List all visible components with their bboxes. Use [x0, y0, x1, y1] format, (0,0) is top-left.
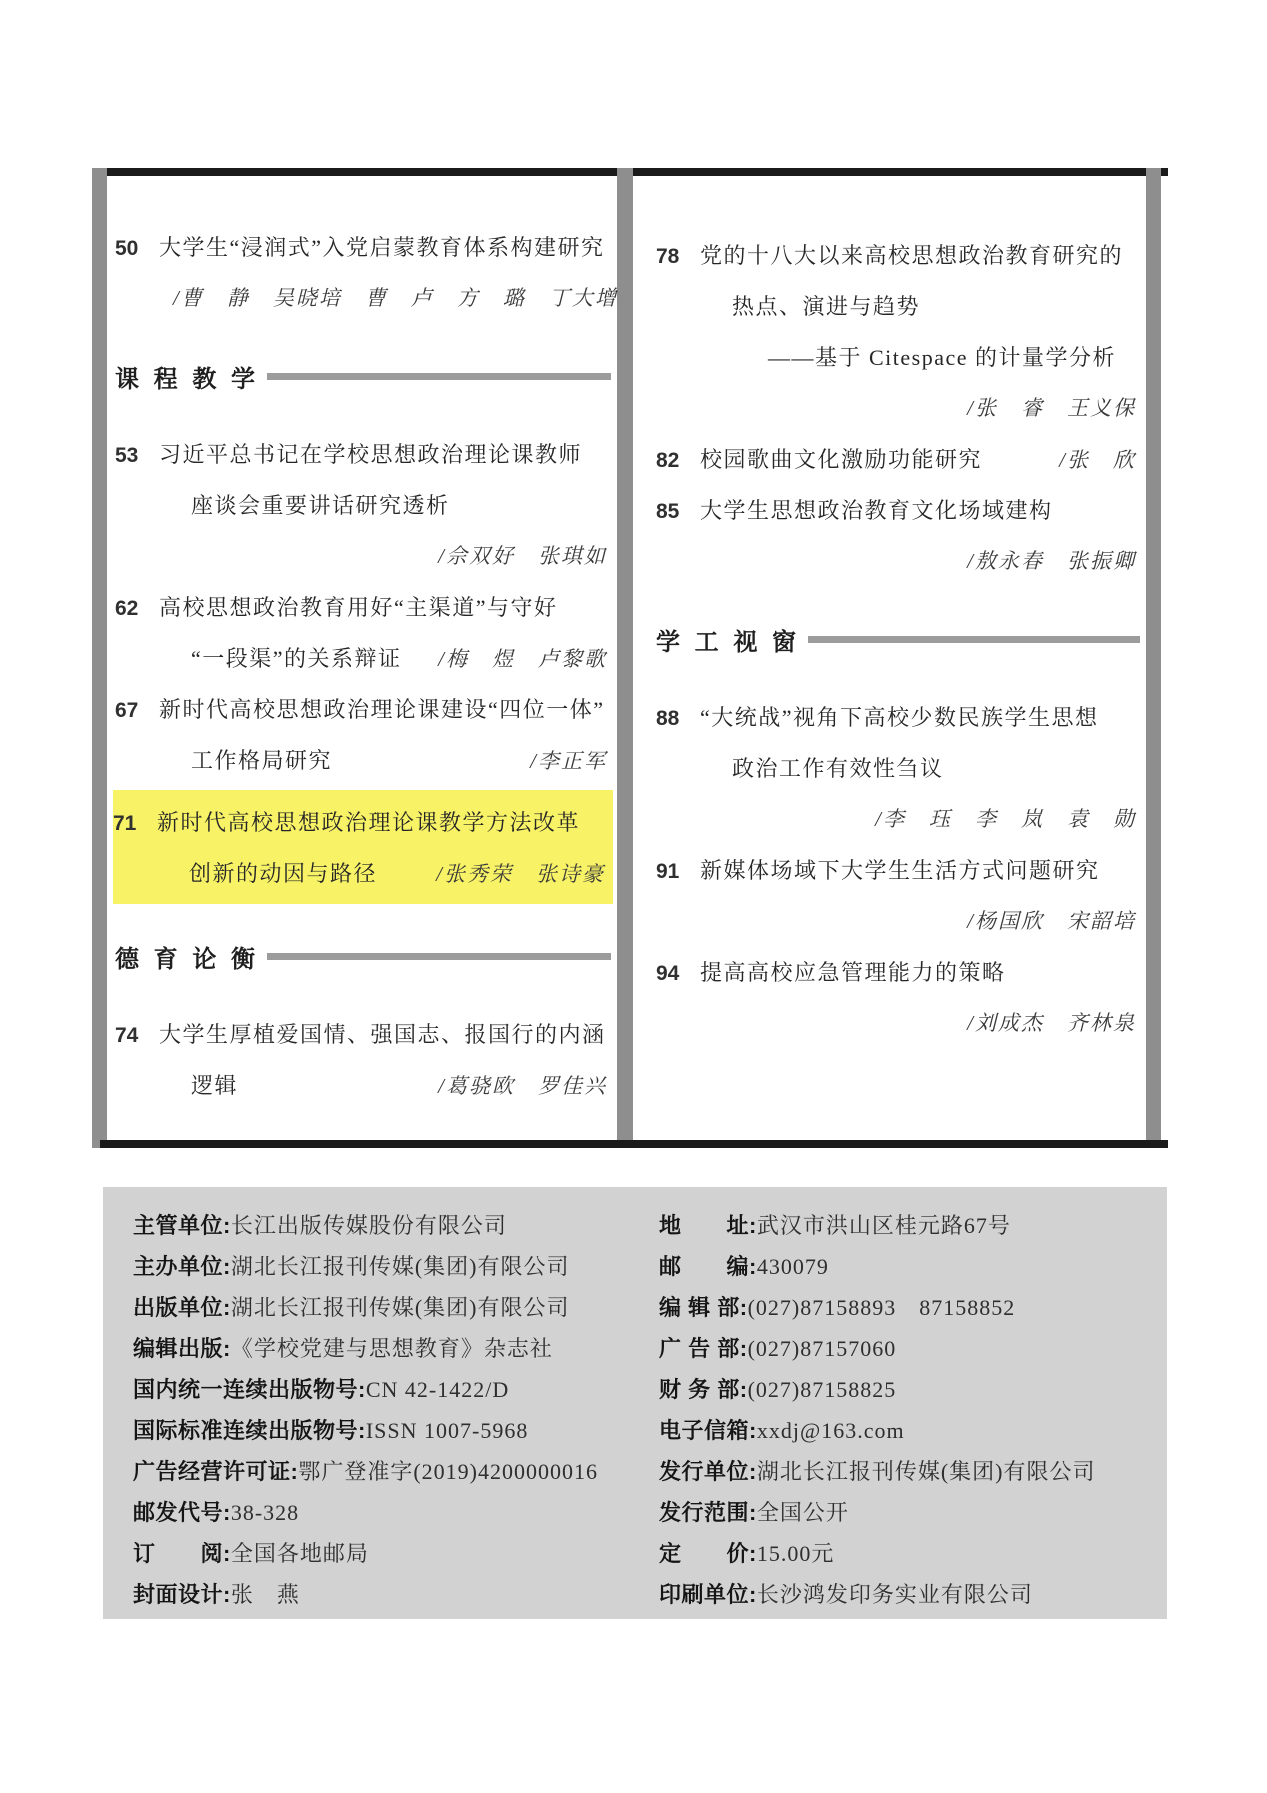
- info-label: 印刷单位:: [659, 1582, 757, 1607]
- info-value: CN 42-1422/D: [366, 1377, 509, 1402]
- info-value: 全国各地邮局: [231, 1541, 369, 1566]
- toc-line: 78党的十八大以来高校思想政治教育研究的: [656, 230, 1142, 281]
- toc-line: 工作格局研究/李正军: [115, 735, 613, 786]
- info-row: 邮发代号:38-328: [133, 1492, 643, 1533]
- article-title: 座谈会重要讲话研究透析: [115, 480, 450, 531]
- right-divider-bar: [1146, 168, 1161, 1148]
- article-authors: /葛骁欧 罗佳兴: [438, 1061, 613, 1112]
- article-title: 校园歌曲文化激励功能研究: [700, 434, 982, 485]
- toc-line: ——基于 Citespace 的计量学分析: [656, 332, 1142, 383]
- article-title: 新媒体场域下大学生生活方式问题研究: [700, 845, 1100, 896]
- info-value: 全国公开: [757, 1500, 849, 1525]
- section-header: 课 程 教 学: [115, 351, 613, 402]
- info-label: 邮 编:: [659, 1254, 757, 1279]
- info-label: 财 务 部:: [659, 1377, 748, 1402]
- info-value: xxdj@163.com: [757, 1418, 905, 1443]
- toc-top-rule: [100, 168, 1168, 176]
- article-title: 新时代高校思想政治理论课建设“四位一体”: [159, 684, 605, 735]
- info-label: 发行范围:: [659, 1500, 757, 1525]
- page-number: 85: [656, 486, 700, 537]
- info-value: 15.00元: [757, 1541, 835, 1566]
- article-title: 创新的动因与路径: [113, 848, 377, 899]
- toc-line: /李 珏 李 岚 袁 勋: [656, 794, 1142, 845]
- article-authors: /杨国欣 宋韶培: [967, 896, 1136, 947]
- section-title: 德 育 论 衡: [115, 939, 259, 974]
- info-label: 出版单位:: [133, 1295, 231, 1320]
- toc-entry-94: 94提高高校应急管理能力的策略/刘成杰 齐林泉: [656, 947, 1142, 1049]
- toc-entry-88: 88“大统战”视角下高校少数民族学生思想政治工作有效性刍议/李 珏 李 岚 袁 …: [656, 692, 1142, 845]
- toc-line: 74大学生厚植爱国情、强国志、报国行的内涵: [115, 1009, 613, 1060]
- toc-entry-71: 71新时代高校思想政治理论课教学方法改革创新的动因与路径/张秀荣 张诗豪: [113, 790, 613, 904]
- info-row: 广告经营许可证:鄂广登准字(2019)4200000016: [133, 1451, 643, 1492]
- info-label: 国内统一连续出版物号:: [133, 1377, 366, 1402]
- info-label: 地 址:: [659, 1213, 757, 1238]
- info-row: 发行范围:全国公开: [659, 1492, 1164, 1533]
- article-title: 热点、演进与趋势: [656, 281, 920, 332]
- info-row: 主管单位:长江出版传媒股份有限公司: [133, 1205, 643, 1246]
- info-label: 编辑出版:: [133, 1336, 231, 1361]
- info-value: (027)87158893 87158852: [748, 1295, 1016, 1320]
- article-title: “大统战”视角下高校少数民族学生思想: [700, 692, 1099, 743]
- page-number: 82: [656, 435, 700, 486]
- info-value: 38-328: [231, 1500, 299, 1525]
- page-number: 71: [113, 798, 157, 849]
- info-value: 湖北长江报刊传媒(集团)有限公司: [231, 1254, 570, 1279]
- toc-line: /刘成杰 齐林泉: [656, 998, 1142, 1049]
- info-row: 编辑出版:《学校党建与思想教育》杂志社: [133, 1328, 643, 1369]
- info-value: 湖北长江报刊传媒(集团)有限公司: [231, 1295, 570, 1320]
- info-row: 国际标准连续出版物号:ISSN 1007-5968: [133, 1410, 643, 1451]
- article-authors: /李正军: [530, 736, 613, 787]
- page-number: 74: [115, 1010, 159, 1061]
- info-label: 广告经营许可证:: [133, 1459, 298, 1484]
- info-row: 邮 编:430079: [659, 1246, 1164, 1287]
- page-number: 91: [656, 846, 700, 897]
- info-label: 编 辑 部:: [659, 1295, 748, 1320]
- toc-line: /张 睿 王义保: [656, 383, 1142, 434]
- info-row: 印刷单位:长沙鸿发印务实业有限公司: [659, 1574, 1164, 1615]
- article-title: 高校思想政治教育用好“主渠道”与守好: [159, 582, 558, 633]
- page-number: 78: [656, 231, 700, 282]
- toc-entry-67: 67新时代高校思想政治理论课建设“四位一体”工作格局研究/李正军: [115, 684, 613, 786]
- info-label: 封面设计:: [133, 1582, 231, 1607]
- toc-line: /佘双好 张琪如: [115, 531, 613, 582]
- toc-line: 88“大统战”视角下高校少数民族学生思想: [656, 692, 1142, 743]
- magazine-toc-page: 50大学生“浸润式”入党启蒙教育体系构建研究/曹 静 吴晓培 曹 卢 方 璐 丁…: [0, 0, 1267, 1793]
- info-row: 财 务 部:(027)87158825: [659, 1369, 1164, 1410]
- infobox-column-right: 地 址:武汉市洪山区桂元路67号邮 编:430079编 辑 部:(027)871…: [659, 1205, 1164, 1615]
- toc-line: /杨国欣 宋韶培: [656, 896, 1142, 947]
- toc-line: 53习近平总书记在学校思想政治理论课教师: [115, 429, 613, 480]
- article-title: 逻辑: [115, 1060, 238, 1111]
- toc-line: 62高校思想政治教育用好“主渠道”与守好: [115, 582, 613, 633]
- toc-line: 94提高高校应急管理能力的策略: [656, 947, 1142, 998]
- section-rule: [267, 953, 611, 960]
- page-number: 53: [115, 430, 159, 481]
- info-value: 长江出版传媒股份有限公司: [231, 1213, 507, 1238]
- info-row: 封面设计:张 燕: [133, 1574, 643, 1615]
- info-value: 430079: [757, 1254, 829, 1279]
- toc-line: /敖永春 张振卿: [656, 536, 1142, 587]
- article-title: 工作格局研究: [115, 735, 332, 786]
- toc-line: 85大学生思想政治教育文化场域建构: [656, 485, 1142, 536]
- info-row: 广 告 部:(027)87157060: [659, 1328, 1164, 1369]
- toc-line: 创新的动因与路径/张秀荣 张诗豪: [113, 848, 611, 899]
- toc-line: 逻辑/葛骁欧 罗佳兴: [115, 1060, 613, 1111]
- toc-entry-91: 91新媒体场域下大学生生活方式问题研究/杨国欣 宋韶培: [656, 845, 1142, 947]
- article-title: 提高高校应急管理能力的策略: [700, 947, 1006, 998]
- info-value: 湖北长江报刊传媒(集团)有限公司: [757, 1459, 1096, 1484]
- article-authors: /佘双好 张琪如: [438, 531, 607, 582]
- article-authors: /敖永春 张振卿: [967, 536, 1136, 587]
- article-title: 大学生思想政治教育文化场域建构: [700, 485, 1053, 536]
- info-label: 国际标准连续出版物号:: [133, 1418, 366, 1443]
- page-number: 50: [115, 223, 159, 274]
- info-row: 订 阅:全国各地邮局: [133, 1533, 643, 1574]
- article-title: 政治工作有效性刍议: [656, 743, 944, 794]
- info-label: 发行单位:: [659, 1459, 757, 1484]
- info-label: 订 阅:: [133, 1541, 231, 1566]
- info-value: 武汉市洪山区桂元路67号: [757, 1213, 1011, 1238]
- section-rule: [267, 373, 611, 380]
- toc-line: 座谈会重要讲话研究透析: [115, 480, 613, 531]
- infobox-column-left: 主管单位:长江出版传媒股份有限公司主办单位:湖北长江报刊传媒(集团)有限公司出版…: [133, 1205, 643, 1615]
- article-authors: /刘成杰 齐林泉: [967, 998, 1136, 1049]
- toc-entry-82: 82校园歌曲文化激励功能研究/张 欣: [656, 434, 1142, 485]
- publication-info-box: 主管单位:长江出版传媒股份有限公司主办单位:湖北长江报刊传媒(集团)有限公司出版…: [103, 1187, 1167, 1619]
- info-row: 主办单位:湖北长江报刊传媒(集团)有限公司: [133, 1246, 643, 1287]
- info-row: 编 辑 部:(027)87158893 87158852: [659, 1287, 1164, 1328]
- section-title: 课 程 教 学: [115, 359, 259, 394]
- page-number: 94: [656, 948, 700, 999]
- info-value: 长沙鸿发印务实业有限公司: [757, 1582, 1033, 1607]
- toc-line: /曹 静 吴晓培 曹 卢 方 璐 丁大增: [115, 273, 613, 324]
- info-value: 张 燕: [231, 1582, 300, 1607]
- info-row: 出版单位:湖北长江报刊传媒(集团)有限公司: [133, 1287, 643, 1328]
- toc-line: 82校园歌曲文化激励功能研究/张 欣: [656, 434, 1142, 485]
- article-title: 习近平总书记在学校思想政治理论课教师: [159, 429, 582, 480]
- center-divider-bar: [617, 168, 633, 1148]
- toc-entry-85: 85大学生思想政治教育文化场域建构/敖永春 张振卿: [656, 485, 1142, 587]
- toc-entry-53: 53习近平总书记在学校思想政治理论课教师座谈会重要讲话研究透析/佘双好 张琪如: [115, 429, 613, 582]
- toc-entry-62: 62高校思想政治教育用好“主渠道”与守好“一段渠”的关系辩证/梅 煜 卢黎歌: [115, 582, 613, 684]
- info-value: (027)87157060: [748, 1336, 897, 1361]
- article-authors: /曹 静 吴晓培 曹 卢 方 璐 丁大增: [173, 273, 618, 324]
- info-label: 主管单位:: [133, 1213, 231, 1238]
- toc-column-right: 78党的十八大以来高校思想政治教育研究的热点、演进与趋势——基于 Citespa…: [656, 176, 1142, 1049]
- toc-line: 50大学生“浸润式”入党启蒙教育体系构建研究: [115, 222, 613, 273]
- page-number: 88: [656, 693, 700, 744]
- toc-line: 67新时代高校思想政治理论课建设“四位一体”: [115, 684, 613, 735]
- article-authors: /张 睿 王义保: [967, 383, 1136, 434]
- toc-line: 政治工作有效性刍议: [656, 743, 1142, 794]
- toc-line: “一段渠”的关系辩证/梅 煜 卢黎歌: [115, 633, 613, 684]
- section-header: 学 工 视 窗: [656, 614, 1142, 665]
- article-title: 大学生厚植爱国情、强国志、报国行的内涵: [159, 1009, 606, 1060]
- article-title: 新时代高校思想政治理论课教学方法改革: [157, 797, 580, 848]
- info-row: 国内统一连续出版物号:CN 42-1422/D: [133, 1369, 643, 1410]
- article-authors: /张 欣: [1059, 435, 1142, 486]
- info-row: 发行单位:湖北长江报刊传媒(集团)有限公司: [659, 1451, 1164, 1492]
- info-value: (027)87158825: [748, 1377, 897, 1402]
- article-title: “一段渠”的关系辩证: [115, 633, 402, 684]
- page-number: 67: [115, 685, 159, 736]
- toc-line: 71新时代高校思想政治理论课教学方法改革: [113, 797, 611, 848]
- article-title: ——基于 Citespace 的计量学分析: [656, 332, 1116, 383]
- left-divider-bar: [92, 168, 107, 1148]
- info-value: ISSN 1007-5968: [366, 1418, 529, 1443]
- info-label: 邮发代号:: [133, 1500, 231, 1525]
- article-title: 党的十八大以来高校思想政治教育研究的: [700, 230, 1123, 281]
- info-row: 电子信箱:xxdj@163.com: [659, 1410, 1164, 1451]
- article-authors: /张秀荣 张诗豪: [436, 849, 611, 900]
- toc-line: 91新媒体场域下大学生生活方式问题研究: [656, 845, 1142, 896]
- toc-entry-50: 50大学生“浸润式”入党启蒙教育体系构建研究/曹 静 吴晓培 曹 卢 方 璐 丁…: [115, 222, 613, 324]
- toc-entry-78: 78党的十八大以来高校思想政治教育研究的热点、演进与趋势——基于 Citespa…: [656, 230, 1142, 434]
- section-title: 学 工 视 窗: [656, 622, 800, 657]
- toc-bottom-rule: [100, 1140, 1168, 1148]
- info-label: 广 告 部:: [659, 1336, 748, 1361]
- toc-column-left: 50大学生“浸润式”入党启蒙教育体系构建研究/曹 静 吴晓培 曹 卢 方 璐 丁…: [115, 176, 613, 1111]
- toc-line: 热点、演进与趋势: [656, 281, 1142, 332]
- info-row: 地 址:武汉市洪山区桂元路67号: [659, 1205, 1164, 1246]
- article-title: 大学生“浸润式”入党启蒙教育体系构建研究: [159, 222, 605, 273]
- info-label: 电子信箱:: [659, 1418, 757, 1443]
- page-number: 62: [115, 583, 159, 634]
- info-label: 主办单位:: [133, 1254, 231, 1279]
- info-row: 定 价:15.00元: [659, 1533, 1164, 1574]
- article-authors: /梅 煜 卢黎歌: [438, 634, 613, 685]
- toc-entry-74: 74大学生厚植爱国情、强国志、报国行的内涵逻辑/葛骁欧 罗佳兴: [115, 1009, 613, 1111]
- info-value: 《学校党建与思想教育》杂志社: [231, 1336, 553, 1361]
- info-label: 定 价:: [659, 1541, 757, 1566]
- section-rule: [808, 636, 1140, 643]
- info-value: 鄂广登准字(2019)4200000016: [298, 1459, 598, 1484]
- article-authors: /李 珏 李 岚 袁 勋: [875, 794, 1136, 845]
- section-header: 德 育 论 衡: [115, 931, 613, 982]
